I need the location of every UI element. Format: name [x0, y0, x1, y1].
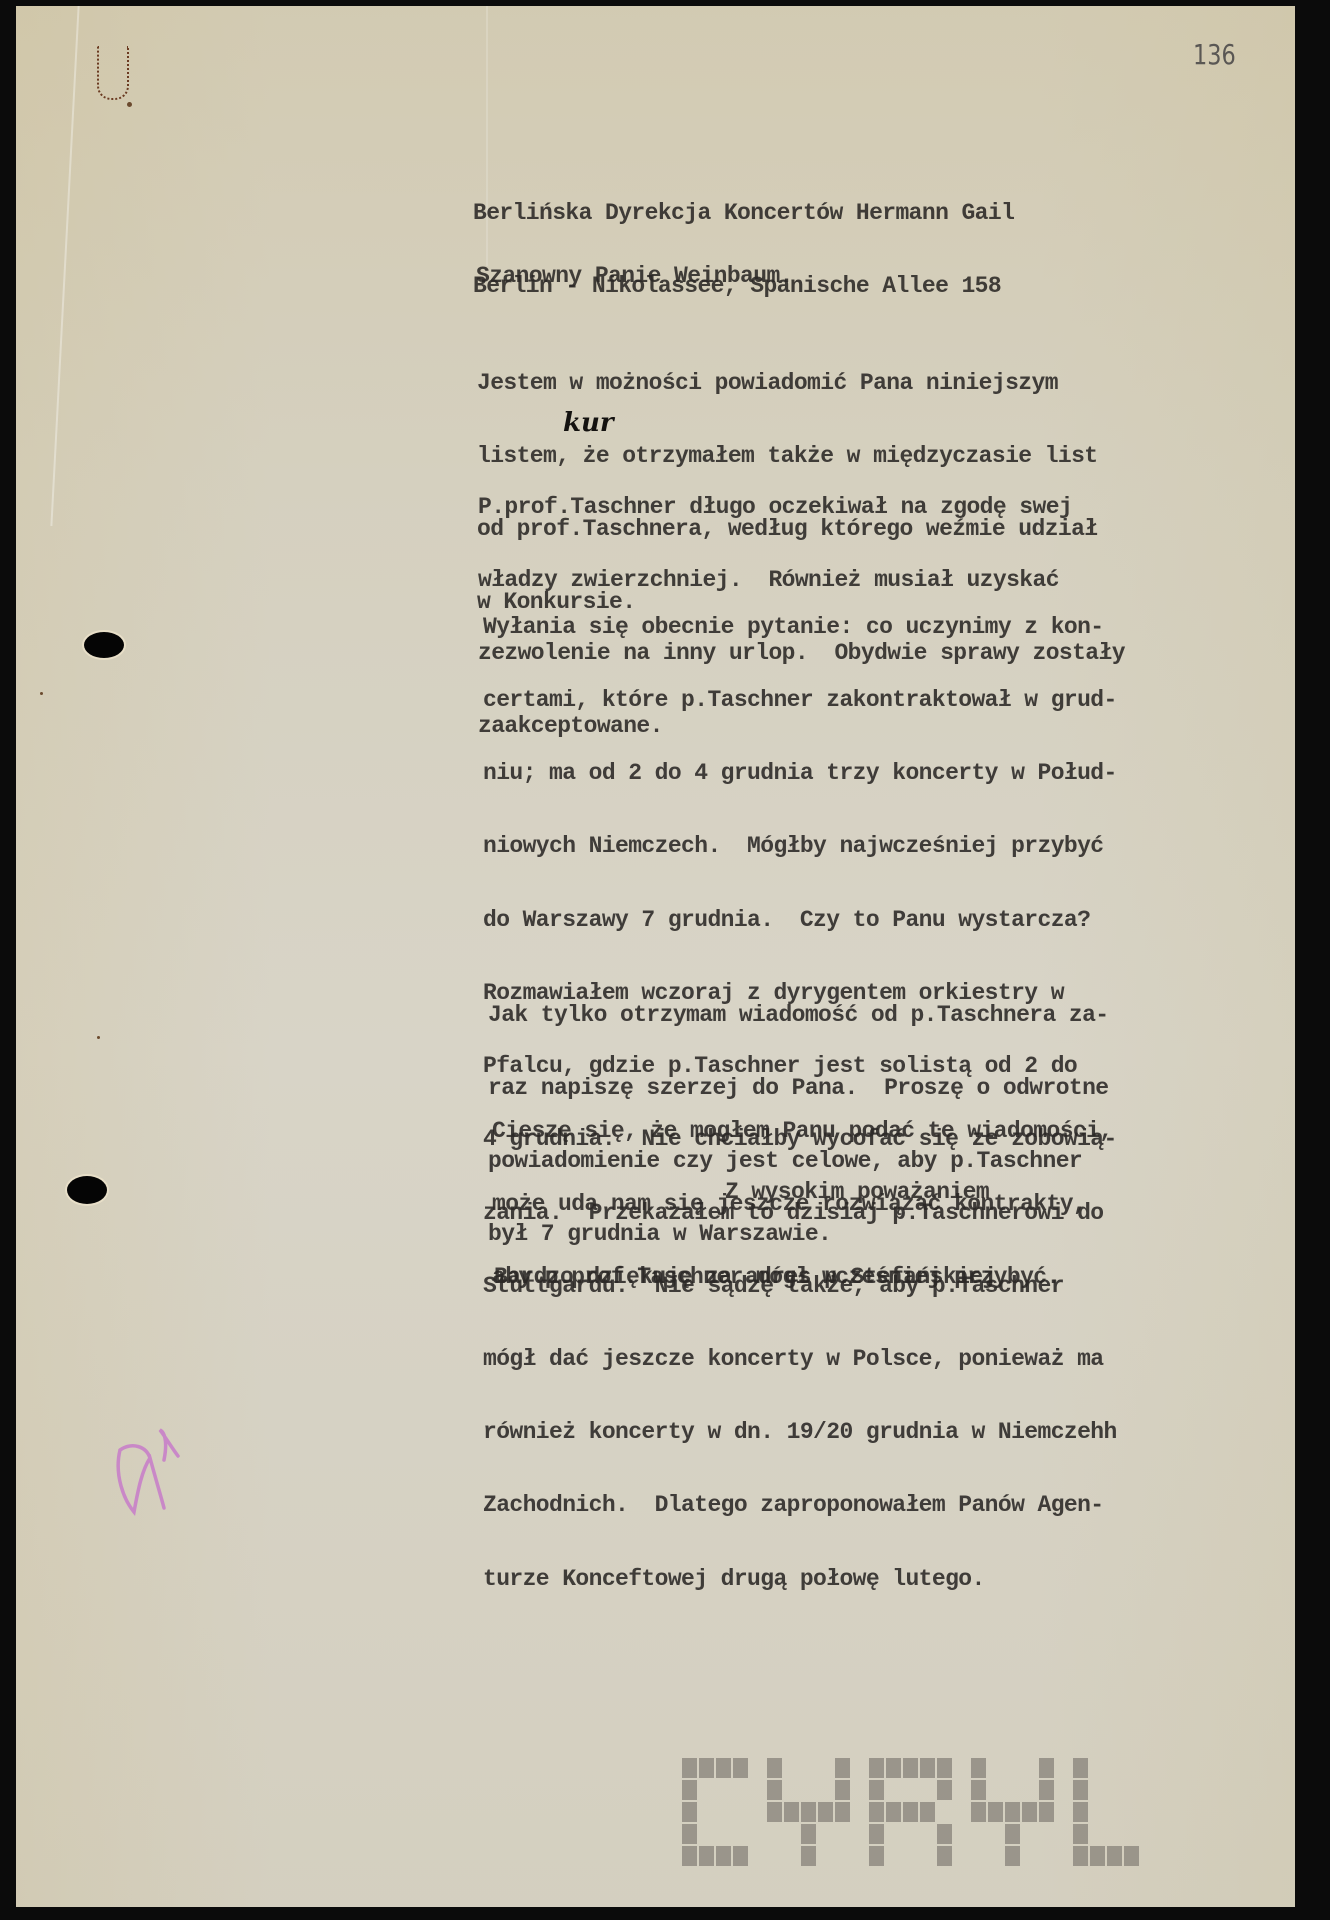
watermark-cell — [682, 1758, 697, 1778]
watermark-cell — [869, 1758, 884, 1778]
text-line: Zachodnich. Dlatego zaproponowałem Panów… — [483, 1493, 1117, 1517]
watermark-cell — [801, 1846, 816, 1866]
text-line: Jak tylko otrzymam wiadomość od p.Taschn… — [488, 1003, 1109, 1027]
punch-hole — [67, 1176, 107, 1204]
watermark-cell — [835, 1758, 850, 1778]
watermark-cell — [784, 1802, 799, 1822]
watermark-cell — [869, 1780, 884, 1800]
watermark-cell — [767, 1780, 782, 1800]
watermark-cell — [1124, 1846, 1139, 1866]
watermark-cell — [733, 1846, 748, 1866]
watermark-cell — [988, 1802, 1003, 1822]
text-line: turze Konceftowej drugą połowę lutego. — [483, 1567, 1117, 1591]
watermark-cell — [818, 1802, 833, 1822]
watermark-cell — [903, 1802, 918, 1822]
watermark-cell — [835, 1802, 850, 1822]
watermark-cell — [716, 1846, 731, 1866]
watermark-cell — [1039, 1780, 1054, 1800]
postscript: Bardzo dziękuję za adres p.Stefańskiej — [494, 1265, 996, 1289]
watermark-cell — [1073, 1758, 1088, 1778]
ink-speck — [127, 102, 132, 107]
watermark-cell — [682, 1802, 697, 1822]
text-line: do Warszawy 7 grudnia. Czy to Panu wysta… — [483, 908, 1117, 932]
watermark-cell — [1073, 1846, 1088, 1866]
watermark-cell — [920, 1758, 935, 1778]
watermark-cell — [937, 1780, 952, 1800]
watermark-cell — [767, 1758, 782, 1778]
text-line: mógł dać jeszcze koncerty w Polsce, poni… — [483, 1347, 1117, 1371]
watermark-cell — [971, 1758, 986, 1778]
watermark-cell — [971, 1780, 986, 1800]
watermark-cell — [937, 1758, 952, 1778]
watermark-cell — [1005, 1824, 1020, 1844]
watermark-cell — [1005, 1846, 1020, 1866]
text-line: Wyłania się obecnie pytanie: co uczynimy… — [483, 615, 1117, 639]
letterhead-line: Berlińska Dyrekcja Koncertów Hermann Gai… — [473, 201, 1014, 225]
watermark-cell — [716, 1758, 731, 1778]
watermark-cell — [682, 1846, 697, 1866]
watermark-cell — [1039, 1802, 1054, 1822]
closing: Z wysokim poważaniem — [725, 1180, 989, 1204]
pencil-mark — [97, 46, 129, 100]
watermark-cell — [801, 1802, 816, 1822]
salutation: Szanowny Panie Weinbaum. — [476, 264, 793, 288]
watermark-cell — [1039, 1758, 1054, 1778]
watermark-cell — [699, 1758, 714, 1778]
paper-speck — [40, 692, 43, 695]
text-line: również koncerty w dn. 19/20 grudnia w N… — [483, 1420, 1117, 1444]
watermark-cell — [699, 1846, 714, 1866]
handwritten-correction: kur — [563, 408, 614, 438]
watermark-cell — [1107, 1846, 1122, 1866]
watermark-cell — [971, 1802, 986, 1822]
watermark-cell — [1090, 1846, 1105, 1866]
watermark-cell — [920, 1802, 935, 1822]
text-line: niowych Niemczech. Mógłby najwcześniej p… — [483, 834, 1117, 858]
text-line: Jestem w możności powiadomić Pana niniej… — [477, 371, 1098, 395]
watermark-cell — [869, 1802, 884, 1822]
watermark-cell — [937, 1824, 952, 1844]
watermark-cell — [835, 1780, 850, 1800]
watermark-cell — [801, 1824, 816, 1844]
watermark-cell — [869, 1824, 884, 1844]
watermark-cell — [1073, 1780, 1088, 1800]
watermark-cell — [886, 1758, 901, 1778]
watermark-cell — [1073, 1824, 1088, 1844]
paper-speck — [97, 1036, 100, 1039]
watermark-cell — [903, 1758, 918, 1778]
watermark-cell — [869, 1846, 884, 1866]
watermark-cell — [767, 1802, 782, 1822]
watermark-cell — [682, 1824, 697, 1844]
text-line: P.prof.Taschner długo oczekiwał na zgodę… — [478, 495, 1125, 519]
punch-hole — [84, 632, 124, 658]
text-line: niu; ma od 2 do 4 grudnia trzy koncerty … — [483, 761, 1117, 785]
page-number: 136 — [1193, 38, 1236, 71]
watermark-cell — [1073, 1802, 1088, 1822]
watermark-cell — [733, 1758, 748, 1778]
letterhead: Berlińska Dyrekcja Koncertów Hermann Gai… — [473, 152, 1014, 323]
watermark-cell — [1005, 1802, 1020, 1822]
watermark-cell — [1022, 1802, 1037, 1822]
margin-mark-icon — [112, 1420, 182, 1520]
paper-crease — [50, 6, 79, 526]
watermark-cell — [937, 1846, 952, 1866]
text-line: certami, które p.Taschner zakontraktował… — [483, 688, 1117, 712]
watermark-cell — [886, 1802, 901, 1822]
watermark-cell — [682, 1780, 697, 1800]
text-line: Cieszę się, że mogłem Panu podać te wiad… — [492, 1119, 1113, 1143]
